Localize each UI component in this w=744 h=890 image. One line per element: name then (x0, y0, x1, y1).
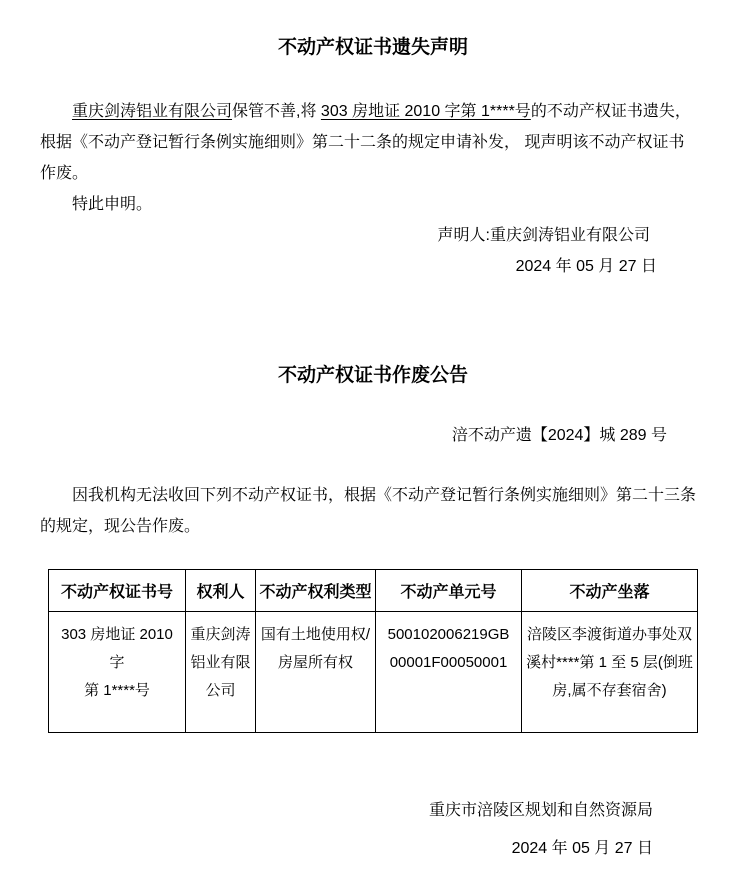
header-cert-no: 不动产权证书号 (49, 570, 186, 612)
cell-cert-no: 303 房地证 2010 字 第 1****号 (49, 612, 186, 733)
statement-company-underlined: 重庆剑涛铝业有限公司 (72, 103, 232, 120)
document-page: 不动产权证书遗失声明 重庆剑涛铝业有限公司保管不善,将 303 房地证 2010… (0, 0, 744, 864)
header-unit-no: 不动产单元号 (376, 570, 522, 612)
notice-body: 因我机构无法收回下列不动产权证书，根据《不动产登记暂行条例实施细则》第二十三条 … (40, 480, 706, 542)
cell-right-type: 国有土地使用权/ 房屋所有权 (256, 612, 376, 733)
statement-body: 重庆剑涛铝业有限公司保管不善,将 303 房地证 2010 字第 1****号的… (40, 96, 706, 189)
header-location: 不动产坐落 (522, 570, 698, 612)
statement-cert-no-underlined: 303 房地证 2010 字第 1****号 (321, 103, 531, 120)
notice-issuer: 重庆市涪陵区规划和自然资源局 (40, 795, 706, 826)
header-holder: 权利人 (186, 570, 256, 612)
statement-title: 不动产权证书遗失声明 (40, 36, 706, 59)
statement-body-mid: 保管不善,将 (232, 103, 321, 120)
cell-unit-no: 500102006219GB 00001F00050001 (376, 612, 522, 733)
header-right-type: 不动产权利类型 (256, 570, 376, 612)
statement-closing: 特此申明。 (40, 189, 706, 220)
notice-date: 2024 年 05 月 27 日 (40, 833, 706, 864)
certificate-table: 不动产权证书号 权利人 不动产权利类型 不动产单元号 不动产坐落 303 房地证… (48, 569, 698, 733)
table-row: 303 房地证 2010 字 第 1****号 重庆剑涛 铝业有限 公司 国有土… (49, 612, 698, 733)
notice-title: 不动产权证书作废公告 (40, 364, 706, 387)
table-header-row: 不动产权证书号 权利人 不动产权利类型 不动产单元号 不动产坐落 (49, 570, 698, 612)
cell-location: 涪陵区李渡街道办事处双 溪村****第 1 至 5 层(倒班 房,属不存套宿舍) (522, 612, 698, 733)
statement-signer: 声明人:重庆剑涛铝业有限公司 (40, 220, 706, 251)
statement-date: 2024 年 05 月 27 日 (40, 251, 706, 282)
cell-holder: 重庆剑涛 铝业有限 公司 (186, 612, 256, 733)
notice-doc-number: 涪不动产遗【2024】城 289 号 (40, 420, 706, 451)
